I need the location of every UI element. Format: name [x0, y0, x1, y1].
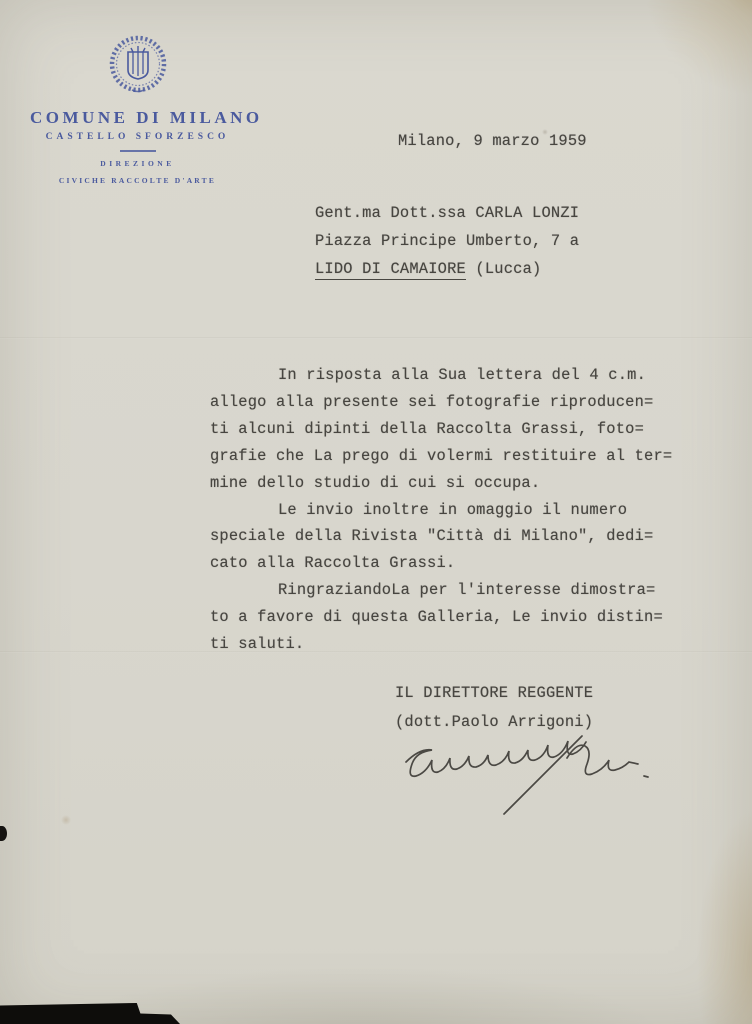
letter-body-line: Le invio inoltre in omaggio il numero: [210, 497, 672, 524]
recipient-street: Piazza Principe Umberto, 7 a: [315, 227, 579, 255]
letter-body-line: to a favore di questa Galleria, Le invio…: [210, 604, 672, 631]
recipient-city-underlined: LIDO DI CAMAIORE: [315, 260, 466, 280]
recipient-address: Gent.ma Dott.ssa CARLA LONZI Piazza Prin…: [315, 199, 579, 283]
letterhead-divider: [120, 150, 156, 152]
letter-body: In risposta alla Sua lettera del 4 c.m.a…: [210, 362, 672, 658]
letter-body-line: ti saluti.: [210, 631, 672, 658]
scan-artifact-corner: [0, 1003, 180, 1024]
scan-artifact-speck: [0, 826, 7, 841]
letter-body-line: speciale della Rivista "Città di Milano"…: [210, 523, 672, 550]
letterhead-castle: CASTELLO SFORZESCO: [30, 132, 245, 142]
recipient-province: (Lucca): [466, 260, 542, 278]
letter-paper: COMUNE DI MILANO CASTELLO SFORZESCO DIRE…: [0, 0, 752, 1024]
letterhead: COMUNE DI MILANO CASTELLO SFORZESCO DIRE…: [30, 34, 245, 185]
letter-body-line: mine dello studio di cui si occupa.: [210, 470, 672, 497]
comune-di-milano-crest-icon: [107, 34, 169, 98]
letterhead-municipality: COMUNE DI MILANO: [30, 108, 245, 128]
letterhead-collections: CIVICHE RACCOLTE D'ARTE: [30, 176, 245, 185]
recipient-name: Gent.ma Dott.ssa CARLA LONZI: [315, 199, 579, 227]
closing-title: IL DIRETTORE REGGENTE: [395, 679, 593, 708]
handwritten-signature-scrawl: [392, 728, 660, 820]
letter-body-line: RingraziandoLa per l'interesse dimostra=: [210, 577, 672, 604]
letter-body-line: cato alla Raccolta Grassi.: [210, 550, 672, 577]
dateline: Milano, 9 marzo 1959: [398, 132, 587, 150]
letter-body-line: grafie che La prego di volermi restituir…: [210, 443, 672, 470]
letter-body-line: ti alcuni dipinti della Raccolta Grassi,…: [210, 416, 672, 443]
letter-body-line: In risposta alla Sua lettera del 4 c.m.: [210, 362, 672, 389]
letter-body-line: allego alla presente sei fotografie ripr…: [210, 389, 672, 416]
recipient-city: LIDO DI CAMAIORE (Lucca): [315, 255, 579, 283]
letterhead-direction: DIREZIONE: [30, 159, 245, 168]
fold-crease: [0, 337, 752, 339]
